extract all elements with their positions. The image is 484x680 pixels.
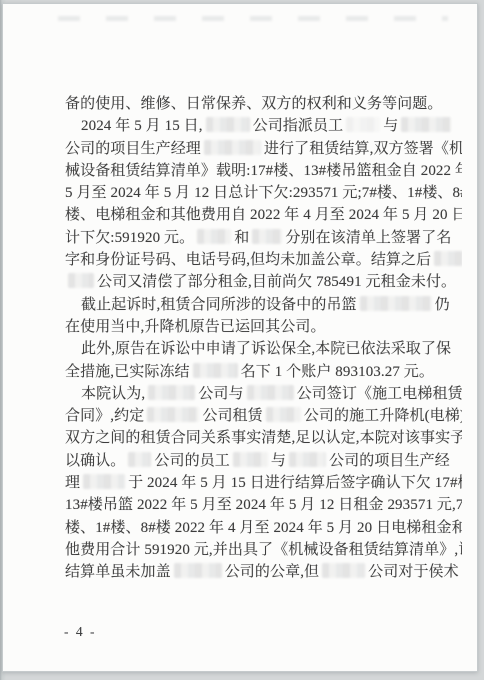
document-line: 2024 年 5 月 15 日,公司指派员工与: [65, 115, 462, 137]
document-line: 结算单虽未加盖公司的公章,但公司对于侯术: [65, 561, 462, 583]
redaction-blur: [252, 229, 282, 244]
document-line: 字和身份证号码、电话号码,但均未加盖公章。结算之后: [65, 249, 462, 271]
text-segment: 2024 年 5 月 15 日,: [81, 118, 203, 134]
text-segment: 合同》,约定: [65, 408, 144, 424]
text-segment: 备的使用、维修、日常保养、双方的权利和义务等问题。: [65, 96, 443, 112]
redaction-blur: [401, 117, 451, 132]
text-segment: 公司签订《施工电梯租赁: [297, 386, 462, 402]
redaction-blur: [233, 452, 268, 467]
document-line: 本院认为,公司与公司签订《施工电梯租赁: [65, 383, 462, 405]
text-segment: 以确认。: [65, 453, 125, 469]
document-line: 合同》,约定公司租赁公司的施工升降机(电梯),: [65, 405, 462, 427]
text-segment: 楼、1#楼、8#楼 2022 年 4 月至 2024 年 5 月 20 日电梯租…: [65, 520, 462, 536]
bleed-through-artifact: [58, 16, 448, 21]
document-line: 楼、电梯租金和其他费用自 2022 年 4 月至 2024 年 5 月 20 日…: [65, 204, 462, 226]
redaction-blur: [204, 140, 261, 155]
text-segment: 和: [234, 230, 249, 246]
text-segment: 5 月至 2024 年 5 月 12 日总计下欠:293571 元;7#楼、1#…: [65, 185, 462, 201]
text-segment: 与: [383, 118, 398, 134]
text-segment: 公司对于侯术: [368, 564, 459, 580]
text-segment: 公司的项目生产经理: [65, 141, 201, 157]
text-segment: 公司的公章,但: [225, 564, 319, 580]
redaction-blur: [346, 117, 380, 132]
redaction-blur: [148, 385, 195, 400]
page-number: - 4 -: [64, 624, 97, 640]
text-segment: 楼、电梯租金和其他费用自 2022 年 4 月至 2024 年 5 月 20 日…: [65, 207, 462, 223]
document-line: 计下欠:591920 元。和分别在该清单上签署了名: [65, 227, 462, 249]
text-segment: 计下欠:591920 元。: [65, 230, 194, 246]
redaction-blur: [128, 452, 151, 467]
text-segment: 公司租赁: [202, 408, 262, 424]
text-segment: 仍: [435, 297, 450, 313]
text-segment: 在使用当中,升降机原告已运回其公司。: [65, 319, 326, 335]
document-line: 械设备租赁结算清单》载明:17#楼、13#楼吊篮租金自 2022 年: [65, 160, 462, 182]
redaction-blur: [266, 407, 301, 422]
text-segment: 公司指派员工: [253, 118, 344, 134]
text-segment: 公司的项目生产经: [329, 453, 450, 469]
text-segment: 进行了租赁结算,双方签署《机: [264, 141, 462, 157]
text-segment: 理: [65, 475, 80, 491]
scan-backdrop: 备的使用、维修、日常保养、双方的权利和义务等问题。2024 年 5 月 15 日…: [0, 0, 484, 680]
text-segment: 双方之间的租赁合同关系事实清楚,足以认定,本院对该事实予: [65, 430, 462, 446]
redaction-blur: [206, 117, 250, 132]
text-segment: 名下 1 个账户 893103.27 元。: [241, 364, 434, 380]
document-line: 在使用当中,升降机原告已运回其公司。: [65, 316, 462, 338]
redaction-blur: [360, 296, 432, 311]
text-segment: 全措施,已实际冻结: [65, 364, 190, 380]
text-segment: 分别在该清单上签署了名: [285, 230, 451, 246]
document-line: 双方之间的租赁合同关系事实清楚,足以认定,本院对该事实予: [65, 427, 462, 449]
document-line: 备的使用、维修、日常保养、双方的权利和义务等问题。: [65, 93, 462, 115]
redaction-blur: [193, 363, 238, 378]
text-segment: 公司的施工升降机(电梯),: [304, 408, 462, 424]
text-segment: 公司的员工: [154, 453, 230, 469]
document-line: 他费用合计 591920 元,并出具了《机械设备租赁结算清单》,该: [65, 539, 462, 561]
text-segment: 他费用合计 591920 元,并出具了《机械设备租赁结算清单》,该: [65, 542, 462, 558]
text-segment: 械设备租赁结算清单》载明:17#楼、13#楼吊篮租金自 2022 年: [65, 163, 462, 179]
text-segment: 13#楼吊篮 2022 年 5 月至 2024 年 5 月 12 日租金 293…: [65, 497, 462, 513]
document-line: 楼、1#楼、8#楼 2022 年 4 月至 2024 年 5 月 20 日电梯租…: [65, 517, 462, 539]
redaction-blur: [197, 229, 231, 244]
redaction-blur: [68, 273, 94, 288]
document-line: 5 月至 2024 年 5 月 12 日总计下欠:293571 元;7#楼、1#…: [65, 182, 462, 204]
text-segment: 字和身份证号码、电话号码,但均未加盖公章。结算之后: [65, 252, 431, 268]
text-segment: 公司又清偿了部分租金,目前尚欠 785491 元租金未付。: [97, 274, 456, 290]
text-segment: 此外,原告在诉讼中申请了诉讼保全,本院已依法采取了保: [81, 341, 451, 357]
redaction-blur: [289, 452, 326, 467]
redaction-blur: [174, 563, 222, 578]
document-line: 理于 2024 年 5 月 15 日进行结算后签字确认下欠 17#楼、: [65, 472, 462, 494]
redaction-blur: [247, 385, 294, 400]
redaction-blur: [434, 251, 462, 266]
document-line: 全措施,已实际冻结名下 1 个账户 893103.27 元。: [65, 361, 462, 383]
redaction-blur: [322, 563, 365, 578]
document-line: 此外,原告在诉讼中申请了诉讼保全,本院已依法采取了保: [65, 338, 462, 360]
redaction-blur: [147, 407, 199, 422]
document-line: 公司又清偿了部分租金,目前尚欠 785491 元租金未付。: [65, 271, 462, 293]
redaction-blur: [83, 474, 125, 489]
document-line: 截止起诉时,租赁合同所涉的设备中的吊篮仍: [65, 294, 462, 316]
document-line: 公司的项目生产经理进行了租赁结算,双方签署《机: [65, 138, 462, 160]
document-line: 以确认。公司的员工与公司的项目生产经: [65, 450, 462, 472]
text-segment: 与: [271, 453, 286, 469]
text-segment: 公司与: [198, 386, 243, 402]
text-segment: 本院认为,: [81, 386, 145, 402]
document-page: 备的使用、维修、日常保养、双方的权利和义务等问题。2024 年 5 月 15 日…: [2, 3, 478, 672]
document-line: 13#楼吊篮 2022 年 5 月至 2024 年 5 月 12 日租金 293…: [65, 494, 462, 516]
text-segment: 结算单虽未加盖: [65, 564, 171, 580]
text-segment: 于 2024 年 5 月 15 日进行结算后签字确认下欠 17#楼、: [128, 475, 462, 491]
document-body: 备的使用、维修、日常保养、双方的权利和义务等问题。2024 年 5 月 15 日…: [65, 93, 462, 584]
text-segment: 截止起诉时,租赁合同所涉的设备中的吊篮: [81, 297, 357, 313]
